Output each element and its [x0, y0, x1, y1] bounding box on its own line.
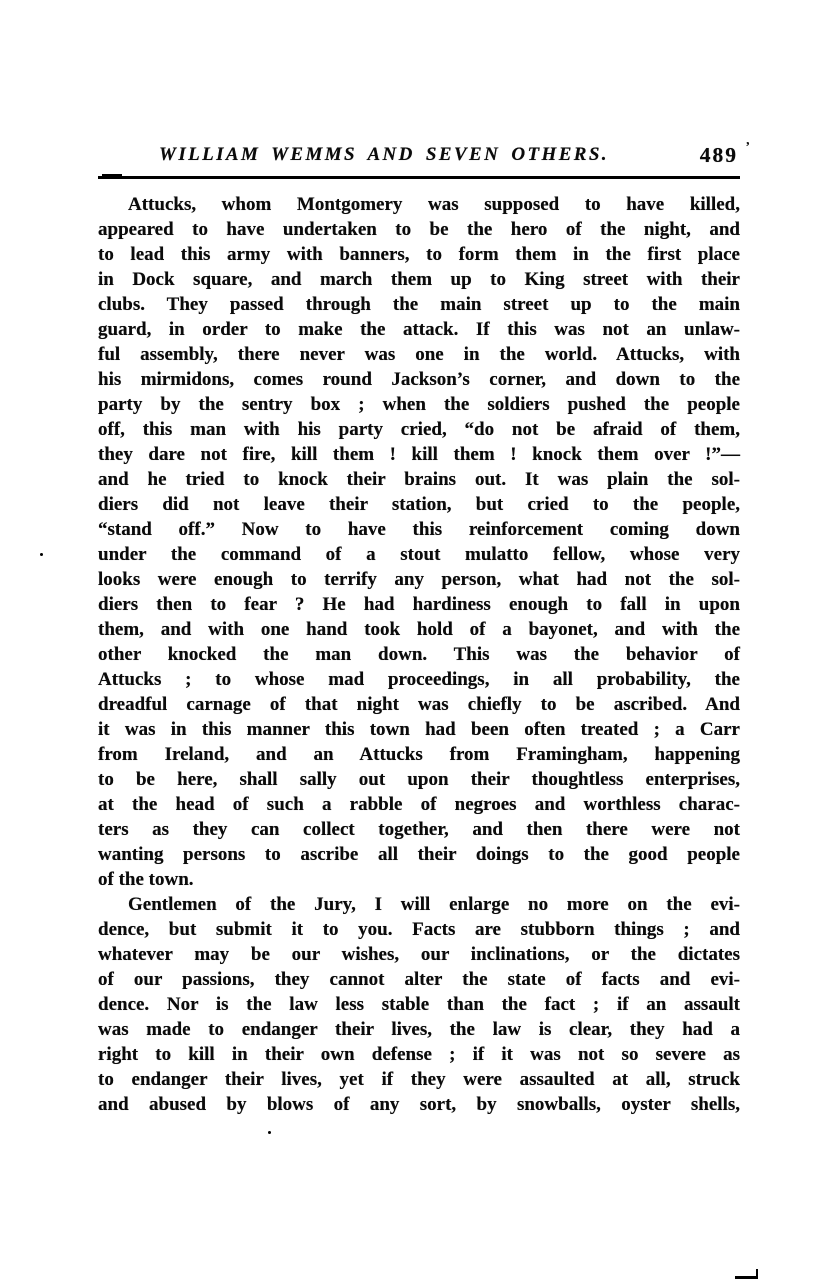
text-line: his mirmidons, comes round Jackson’s cor…	[98, 367, 740, 392]
text-line: “stand off.” Now to have this reinforcem…	[98, 517, 740, 542]
page-header: WILLIAM WEMMS AND SEVEN OTHERS. 489 ’	[98, 144, 740, 172]
text-line: party by the sentry box ; when the soldi…	[98, 392, 740, 417]
scan-speck	[40, 553, 43, 556]
text-line: dreadful carnage of that night was chief…	[98, 692, 740, 717]
text-line: and abused by blows of any sort, by snow…	[98, 1092, 740, 1117]
text-line: ters as they can collect together, and t…	[98, 817, 740, 842]
text-line: Attucks, whom Montgomery was supposed to…	[98, 192, 740, 217]
text-line: at the head of such a rabble of negroes …	[98, 792, 740, 817]
text-line: them, and with one hand took hold of a b…	[98, 617, 740, 642]
text-line: off, this man with his party cried, “do …	[98, 417, 740, 442]
text-line: from Ireland, and an Attucks from Framin…	[98, 742, 740, 767]
text-line: under the command of a stout mulatto fel…	[98, 542, 740, 567]
stray-ink-mark: ’	[745, 140, 750, 156]
text-line: wanting persons to ascribe all their doi…	[98, 842, 740, 867]
text-line: appeared to have undertaken to be the he…	[98, 217, 740, 242]
text-line: whatever may be our wishes, our inclinat…	[98, 942, 740, 967]
text-line: diers did not leave their station, but c…	[98, 492, 740, 517]
text-line: it was in this manner this town had been…	[98, 717, 740, 742]
text-line: Gentlemen of the Jury, I will enlarge no…	[98, 892, 740, 917]
text-line: other knocked the man down. This was the…	[98, 642, 740, 667]
page-number: 489	[700, 143, 738, 168]
text-line: clubs. They passed through the main stre…	[98, 292, 740, 317]
text-line: to be here, shall sally out upon their t…	[98, 767, 740, 792]
rule-ink-artifact	[102, 174, 122, 176]
book-page: WILLIAM WEMMS AND SEVEN OTHERS. 489 ’ At…	[0, 0, 836, 1284]
text-line: guard, in order to make the attack. If t…	[98, 317, 740, 342]
running-head-title: WILLIAM WEMMS AND SEVEN OTHERS.	[98, 144, 670, 166]
header-rule	[98, 176, 740, 179]
text-line: ful assembly, there never was one in the…	[98, 342, 740, 367]
text-line: looks were enough to terrify any person,…	[98, 567, 740, 592]
scan-speck	[268, 1131, 271, 1134]
text-line: dence. Nor is the law less stable than t…	[98, 992, 740, 1017]
text-line: to endanger their lives, yet if they wer…	[98, 1067, 740, 1092]
text-line: and he tried to knock their brains out. …	[98, 467, 740, 492]
text-line: dence, but submit it to you. Facts are s…	[98, 917, 740, 942]
text-line: diers then to fear ? He had hardiness en…	[98, 592, 740, 617]
text-line: to lead this army with banners, to form …	[98, 242, 740, 267]
text-line: Attucks ; to whose mad proceedings, in a…	[98, 667, 740, 692]
body-text: Attucks, whom Montgomery was supposed to…	[98, 192, 740, 1117]
text-line: was made to endanger their lives, the la…	[98, 1017, 740, 1042]
scan-corner-mark	[735, 1269, 758, 1279]
text-line: of the town.	[98, 867, 740, 892]
text-line: right to kill in their own defense ; if …	[98, 1042, 740, 1067]
text-line: of our passions, they cannot alter the s…	[98, 967, 740, 992]
text-line: in Dock square, and march them up to Kin…	[98, 267, 740, 292]
text-line: they dare not fire, kill them ! kill the…	[98, 442, 740, 467]
